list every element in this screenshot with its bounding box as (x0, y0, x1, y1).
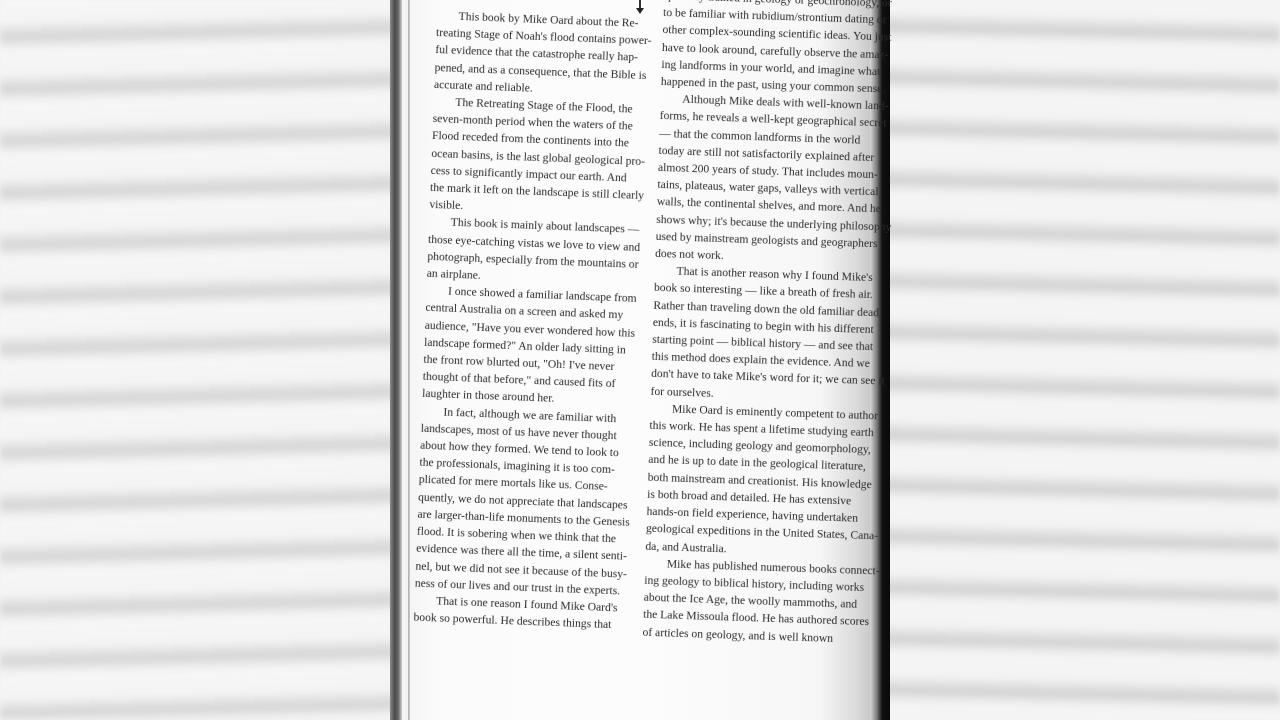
paragraph: I once showed a familiar landscape from … (422, 282, 621, 410)
paragraph: In fact, although we are familiar with l… (415, 402, 617, 599)
page-margin-line (409, 0, 410, 720)
paragraph: Although Mike deals with well-known land… (655, 90, 853, 268)
paragraph: specially trained in geology or geochron… (661, 0, 856, 97)
text-column-left: This book by Mike Oard about the Re- tre… (413, 7, 632, 633)
paragraph: That is another reason why I found Mike'… (650, 262, 846, 406)
arrow-down-icon (638, 0, 642, 16)
paragraph: Mike has published numerous books connec… (642, 554, 837, 646)
book-spine-edge-left (390, 0, 402, 720)
photo-scene: This book by Mike Oard about the Re- tre… (0, 0, 1280, 720)
text-column-right: specially trained in geology or geochron… (642, 0, 856, 647)
paragraph: Mike Oard is eminently competent to auth… (645, 400, 842, 561)
window-blinds-left (0, 0, 400, 720)
paragraph: The Retreating Stage of the Flood, the s… (429, 93, 628, 221)
paragraph: This book by Mike Oard about the Re- tre… (434, 7, 632, 100)
paragraph: This book is mainly about landscapes — t… (426, 213, 623, 289)
window-blinds-right (885, 0, 1280, 720)
